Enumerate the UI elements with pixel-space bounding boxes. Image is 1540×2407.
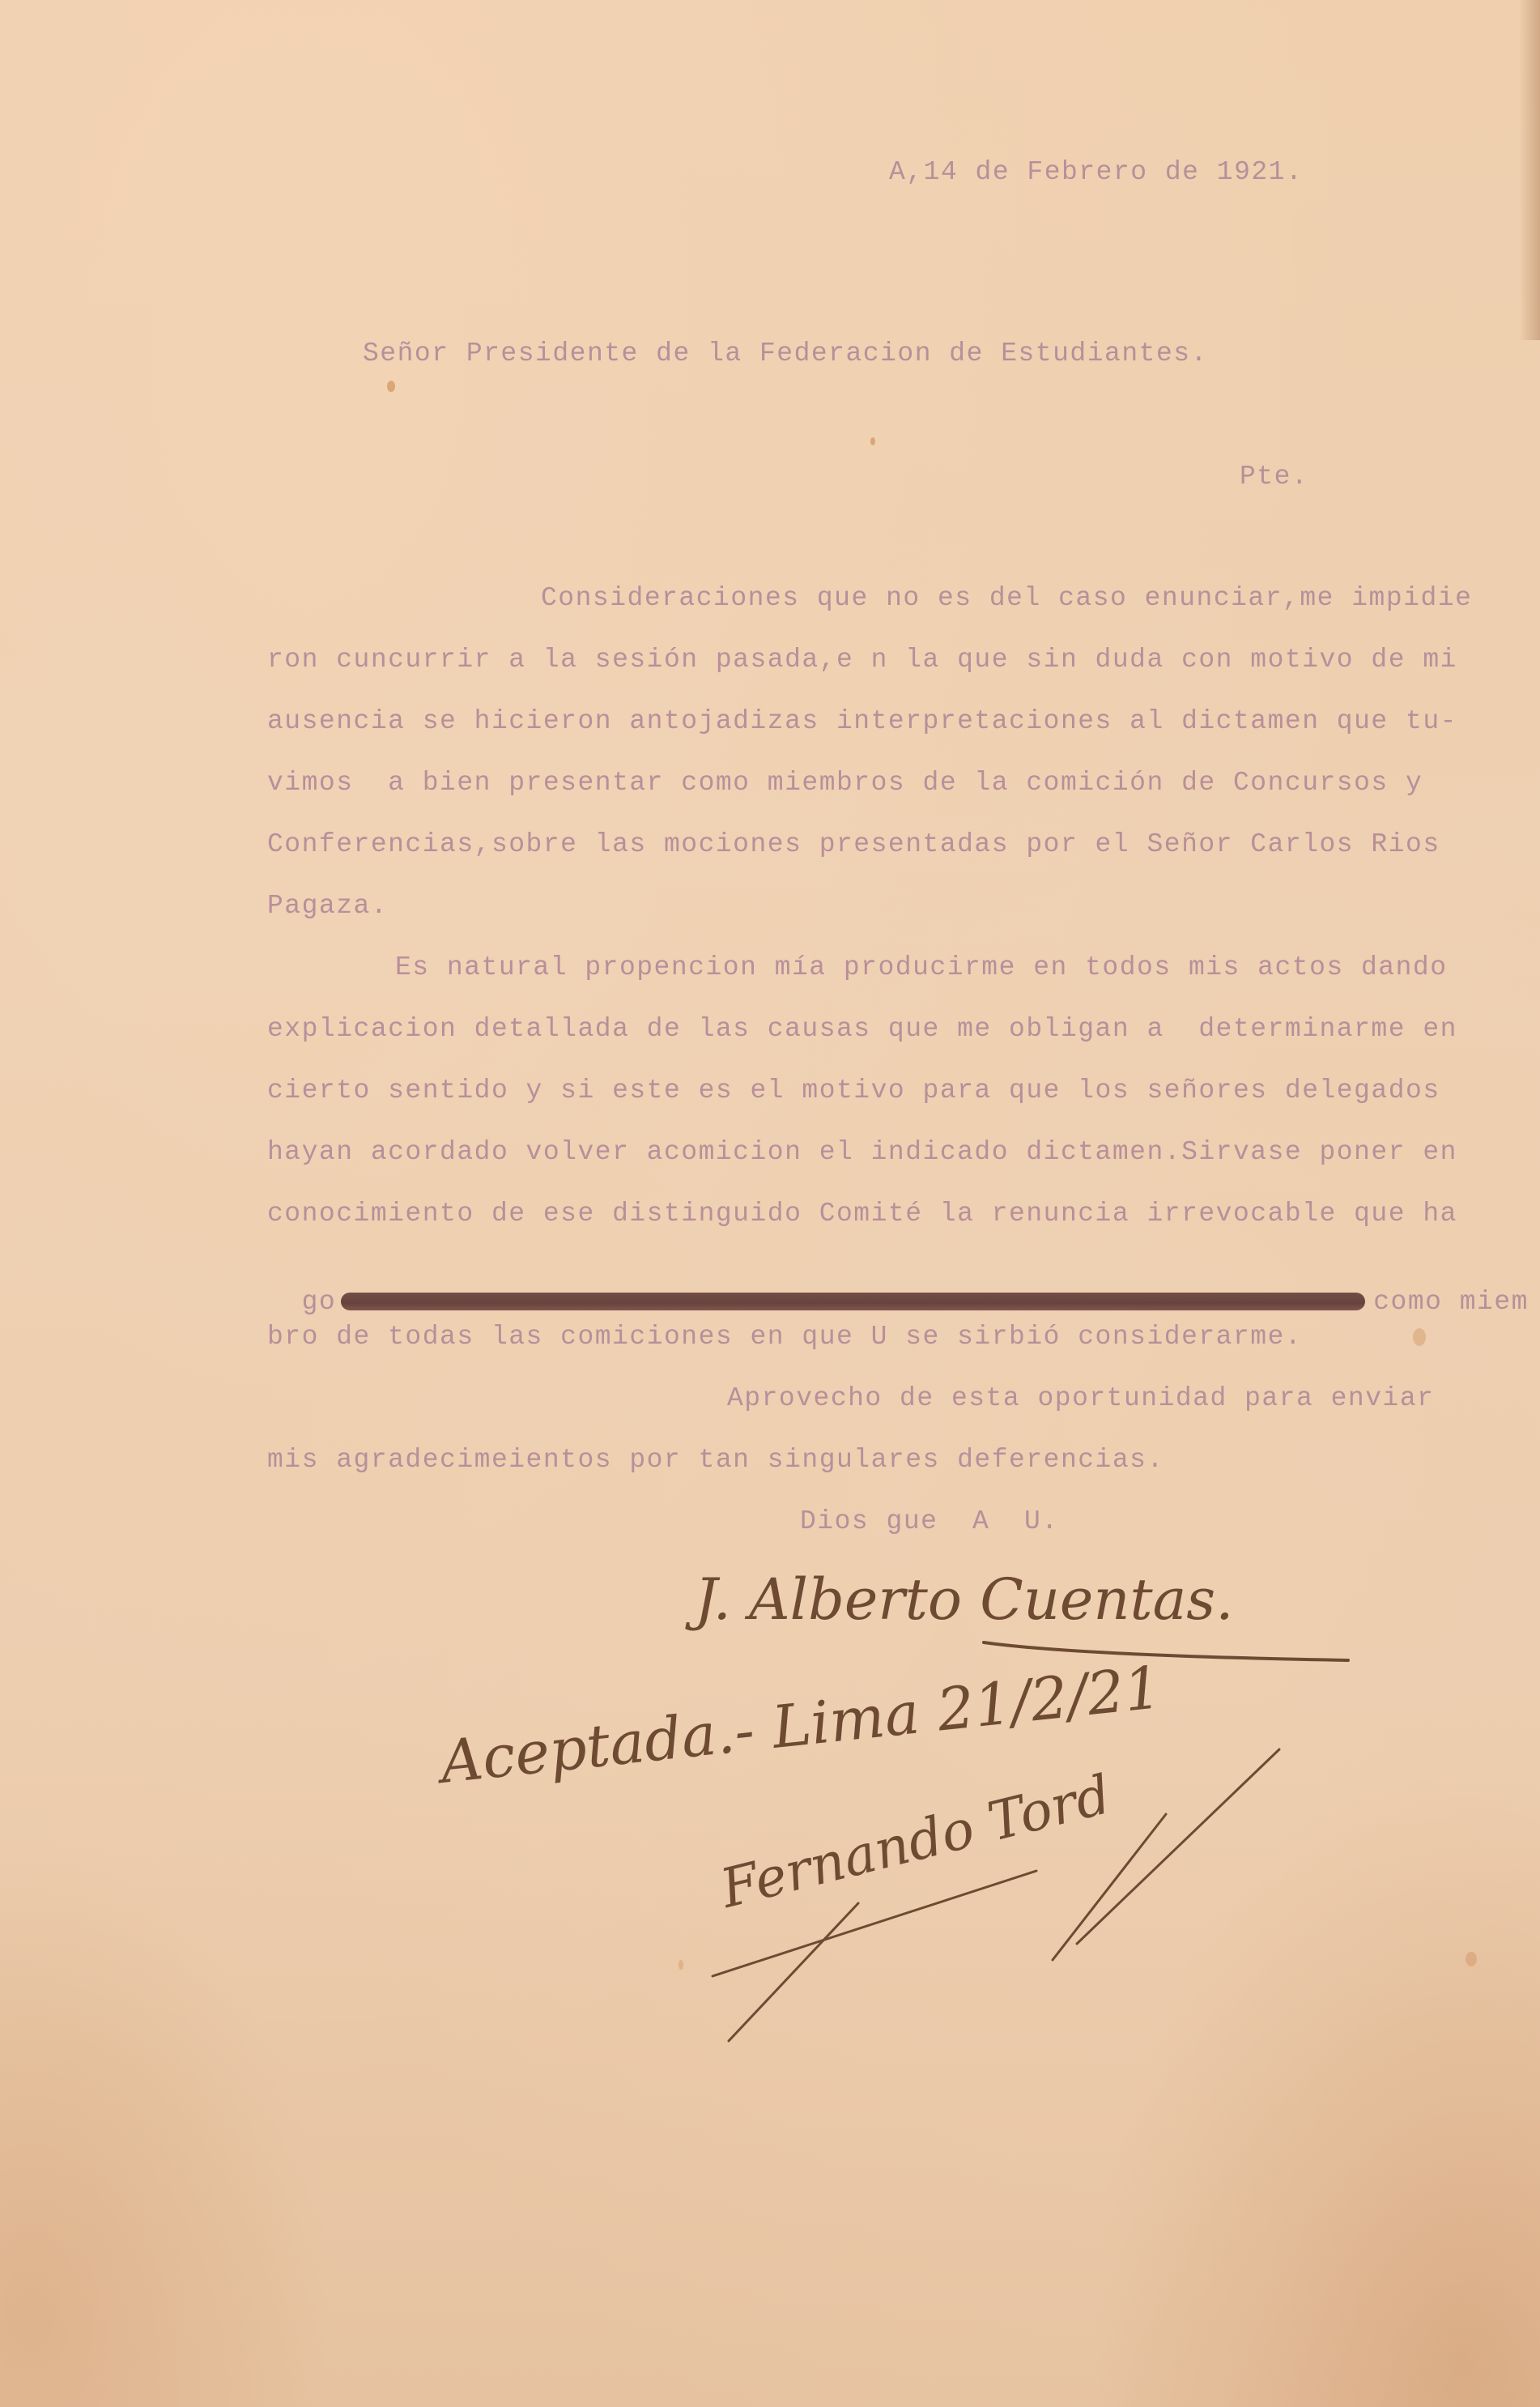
acceptance-signature-flourish xyxy=(696,1741,1312,2049)
struck-line-suffix: como miem xyxy=(1373,1287,1529,1317)
body-line: Pagaza. xyxy=(267,893,388,919)
body-line: vimos a bien presentar como miembros de … xyxy=(267,769,1423,796)
strikeout-block xyxy=(341,1293,1365,1310)
body-line: cierto sentido y si este es el motivo pa… xyxy=(267,1077,1440,1104)
body-line: conocimiento de ese distinguido Comité l… xyxy=(267,1200,1457,1227)
body-line: ausencia se hicieron antojadizas interpr… xyxy=(267,708,1457,735)
body-line: hayan acordado volver acomicion el indic… xyxy=(267,1139,1457,1165)
addressee-line: Señor Presidente de la Federacion de Est… xyxy=(363,340,1208,367)
stain-spot xyxy=(1466,1952,1477,1966)
stain-spot xyxy=(870,437,875,445)
signature-underline xyxy=(980,1636,1352,1668)
body-line: Conferencias,sobre las mociones presenta… xyxy=(267,831,1440,858)
struck-line: gocomo miem xyxy=(267,1262,1529,1315)
paper-edge-shadow xyxy=(1519,0,1540,340)
stain-spot xyxy=(1413,1328,1426,1346)
stain-spot xyxy=(679,1960,683,1970)
struck-line-prefix: go xyxy=(302,1287,337,1317)
date-line: A,14 de Febrero de 1921. xyxy=(889,159,1303,185)
body-line: mis agradecimeientos por tan singulares … xyxy=(267,1446,1164,1473)
body-line: explicacion detallada de las causas que … xyxy=(267,1016,1457,1042)
location-abbrev: Pte. xyxy=(1240,463,1308,490)
body-line: bro de todas las comiciones en que U se … xyxy=(267,1323,1302,1350)
author-signature: J. Alberto Cuentas. xyxy=(695,1571,1233,1628)
stain-spot xyxy=(387,381,395,392)
body-line: ron cuncurrir a la sesión pasada,e n la … xyxy=(267,646,1457,673)
closing-line: Dios gue A U. xyxy=(800,1508,1059,1535)
body-line: Consideraciones que no es del caso enunc… xyxy=(541,585,1472,611)
body-line: Aprovecho de esta oportunidad para envia… xyxy=(727,1385,1434,1412)
body-line: Es natural propencion mía producirme en … xyxy=(395,954,1448,981)
